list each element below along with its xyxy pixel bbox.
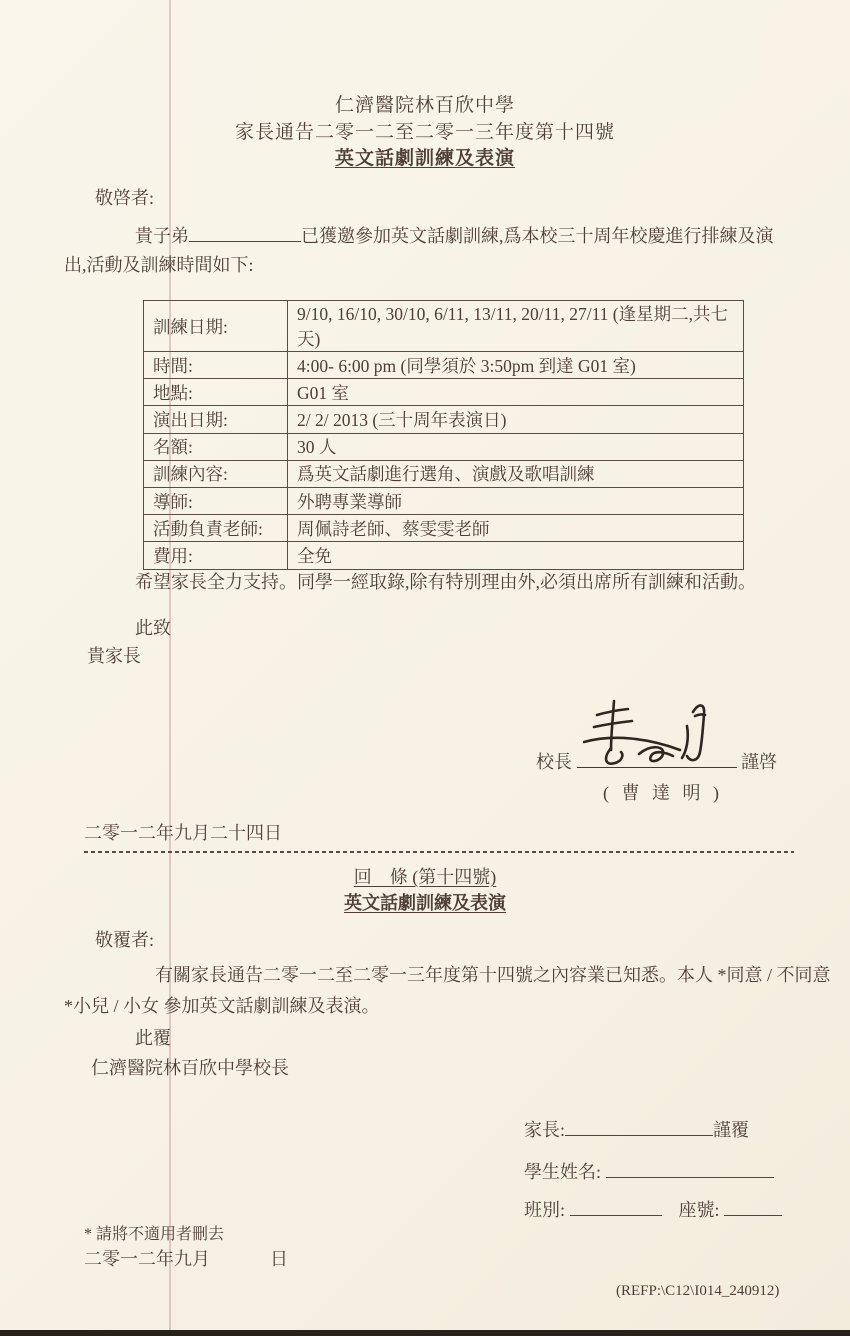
- parent-label: 家長:: [524, 1120, 565, 1140]
- delete-inapplicable-footnote: * 請將不適用者刪去: [84, 1221, 224, 1244]
- table-row: 活動負責老師:周佩詩老師、蔡雯雯老師: [144, 515, 744, 542]
- intro-prefix: 貴子弟: [135, 226, 189, 246]
- row-value: 9/10, 16/10, 30/10, 6/11, 13/11, 20/11, …: [288, 301, 744, 352]
- principal-name: ( 曹 達 明 ): [603, 779, 723, 805]
- row-label: 導師:: [144, 487, 288, 514]
- tear-off-dashed-line: [84, 851, 794, 853]
- signature-blank: [577, 749, 737, 768]
- parent-field-row: 家長:謹覆: [524, 1116, 749, 1142]
- intro-line1-rest: 已獲邀參加英文話劇訓練,爲本校三十周年校慶進行排練及演: [301, 226, 774, 246]
- intro-line1: 貴子弟已獲邀參加英文話劇訓練,爲本校三十周年校慶進行排練及演: [135, 222, 774, 248]
- scanned-notice-page: 仁濟醫院林百欣中學 家長通告二零一二至二零一三年度第十四號 英文話劇訓練及表演 …: [0, 0, 850, 1336]
- class-label: 班別:: [524, 1200, 565, 1220]
- row-value: 外聘專業導師: [288, 487, 744, 514]
- reply-slip-subtitle: 英文話劇訓練及表演: [0, 889, 850, 915]
- row-value: G01 室: [288, 379, 744, 406]
- row-value: 30 人: [288, 433, 744, 460]
- class-seat-row: 班別: 座號:: [524, 1196, 782, 1222]
- table-row: 導師:外聘專業導師: [144, 487, 744, 514]
- row-value: 周佩詩老師、蔡雯雯老師: [288, 515, 744, 542]
- closing-cizhi: 此致: [135, 614, 171, 640]
- row-label: 地點:: [144, 379, 288, 406]
- table-row: 費用:全免: [144, 542, 744, 569]
- reply-addressee: 仁濟醫院林百欣中學校長: [91, 1054, 289, 1080]
- row-label: 訓練內容:: [144, 460, 288, 487]
- intro-line2: 出,活動及訓練時間如下:: [64, 251, 254, 277]
- training-details-table: 訓練日期:9/10, 16/10, 30/10, 6/11, 13/11, 20…: [143, 300, 744, 570]
- student-name-label: 學生姓名:: [524, 1162, 601, 1182]
- reply-line2: *小兒 / 小女 參加英文話劇訓練及表演。: [64, 992, 380, 1018]
- paper-fold-line: [169, 0, 171, 1336]
- class-field-blank: [570, 1197, 662, 1216]
- row-value: 全免: [288, 542, 744, 569]
- table-row: 演出日期:2/ 2/ 2013 (三十周年表演日): [144, 406, 744, 433]
- salutation: 敬啓者:: [95, 184, 154, 210]
- table-row: 訓練日期:9/10, 16/10, 30/10, 6/11, 13/11, 20…: [144, 301, 744, 352]
- reply-date-row: 二零一二年九月日: [84, 1245, 288, 1271]
- row-label: 名額:: [144, 433, 288, 460]
- closing-recipient: 貴家長: [87, 642, 141, 668]
- reply-cifu: 此覆: [135, 1024, 171, 1050]
- table-row: 訓練內容:爲英文話劇進行選角、演戲及歌唱訓練: [144, 460, 744, 487]
- row-value: 爲英文話劇進行選角、演戲及歌唱訓練: [288, 460, 744, 487]
- scan-bottom-edge: [0, 1330, 850, 1336]
- seat-field-blank: [724, 1197, 782, 1216]
- parent-signature-blank: [565, 1117, 713, 1136]
- student-name-field-blank: [606, 1159, 774, 1178]
- table-row: 時間:4:00- 6:00 pm (同學須於 3:50pm 到達 G01 室): [144, 352, 744, 379]
- row-value: 2/ 2/ 2013 (三十周年表演日): [288, 406, 744, 433]
- parent-suffix: 謹覆: [713, 1120, 749, 1140]
- row-value: 4:00- 6:00 pm (同學須於 3:50pm 到達 G01 室): [288, 352, 744, 379]
- reference-code: (REFP:\C12\I014_240912): [616, 1283, 779, 1300]
- signature-suffix: 謹啓: [741, 752, 777, 772]
- notice-title: 英文話劇訓練及表演: [0, 143, 850, 170]
- row-label: 時間:: [144, 352, 288, 379]
- reply-slip-title: 回 條 (第十四號): [0, 863, 850, 889]
- row-label: 費用:: [144, 542, 288, 569]
- signature-line: 校長 謹啓: [536, 748, 777, 774]
- table-row: 名額:30 人: [144, 433, 744, 460]
- reply-date-prefix: 二零一二年九月: [84, 1249, 210, 1269]
- support-note: 希望家長全力支持。同學一經取錄,除有特別理由外,必須出席所有訓練和活動。: [135, 568, 756, 594]
- seat-label: 座號:: [679, 1200, 720, 1220]
- reply-date-suffix: 日: [270, 1249, 288, 1269]
- principal-label: 校長: [536, 752, 572, 772]
- row-label: 演出日期:: [144, 406, 288, 433]
- school-name: 仁濟醫院林百欣中學: [0, 90, 850, 117]
- row-label: 訓練日期:: [144, 301, 288, 352]
- student-field-row: 學生姓名:: [524, 1158, 774, 1184]
- reply-line1: 有關家長通告二零一二至二零一三年度第十四號之內容業已知悉。本人 *同意 / 不同…: [155, 961, 831, 987]
- student-name-blank: [189, 223, 301, 242]
- table-row: 地點:G01 室: [144, 379, 744, 406]
- notice-date: 二零一二年九月二十四日: [84, 819, 282, 845]
- row-label: 活動負責老師:: [144, 515, 288, 542]
- notice-number-line: 家長通告二零一二至二零一三年度第十四號: [0, 117, 850, 144]
- reply-salutation: 敬覆者:: [95, 926, 154, 952]
